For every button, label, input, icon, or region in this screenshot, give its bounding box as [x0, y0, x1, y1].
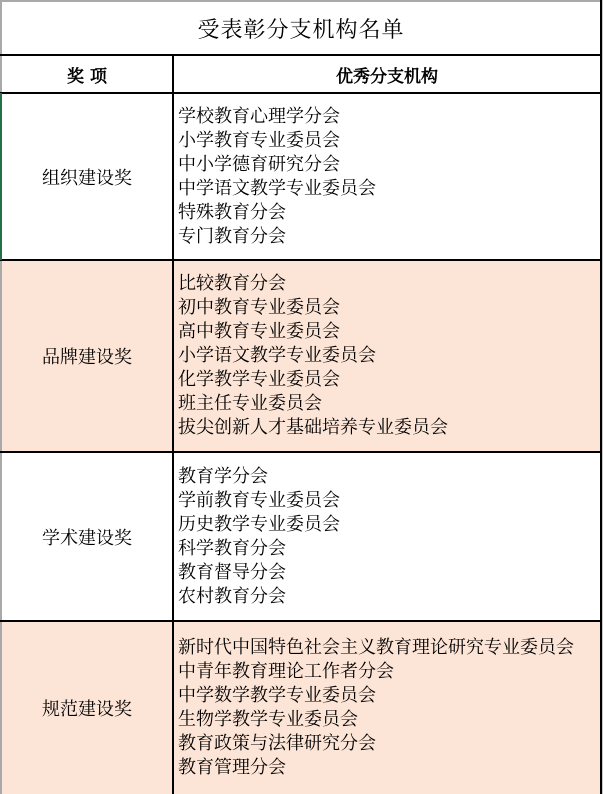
org-item: 中青年教育理论工作者分会 — [178, 660, 574, 684]
org-item: 比较教育分会 — [178, 272, 448, 296]
org-item: 专门教育分会 — [178, 225, 376, 249]
org-item: 新时代中国特色社会主义教育理论研究专业委员会 — [178, 636, 574, 660]
org-item: 教育督导分会 — [178, 561, 340, 585]
org-item: 教育政策与法律研究分会 — [178, 732, 574, 756]
award-cell[interactable]: 规范建设奖 — [2, 622, 172, 794]
org-item: 拔尖创新人才基础培养专业委员会 — [178, 416, 448, 440]
selection-edge — [0, 93, 2, 260]
orgs-cell[interactable]: 新时代中国特色社会主义教育理论研究专业委员会 中青年教育理论工作者分会 中学数学… — [178, 622, 574, 794]
org-item: 教育管理分会 — [178, 756, 574, 780]
orgs-cell[interactable]: 教育学分会 学前教育专业委员会 历史教学专业委员会 科学教育分会 教育督导分会 … — [178, 453, 340, 620]
award-cell[interactable]: 组织建设奖 — [2, 94, 172, 260]
org-item: 历史教学专业委员会 — [178, 513, 340, 537]
org-item: 科学教育分会 — [178, 537, 340, 561]
column-divider — [172, 54, 174, 794]
header-award[interactable]: 奖 项 — [2, 56, 172, 93]
org-item: 小学教育专业委员会 — [178, 129, 376, 153]
award-cell[interactable]: 学术建设奖 — [2, 453, 172, 620]
org-item: 学前教育专业委员会 — [178, 489, 340, 513]
org-item: 初中教育专业委员会 — [178, 296, 448, 320]
table-title[interactable]: 受表彰分支机构名单 — [2, 2, 600, 54]
org-item: 化学教学专业委员会 — [178, 368, 448, 392]
org-item: 生物学教学专业委员会 — [178, 708, 574, 732]
org-item: 中小学德育研究分会 — [178, 153, 376, 177]
org-item: 高中教育专业委员会 — [178, 320, 448, 344]
org-item: 学校教育心理学分会 — [178, 105, 376, 129]
org-item: 班主任专业委员会 — [178, 392, 448, 416]
org-item: 农村教育分会 — [178, 585, 340, 609]
org-item: 中学语文教学专业委员会 — [178, 177, 376, 201]
table-row: 规范建设奖 新时代中国特色社会主义教育理论研究专业委员会 中青年教育理论工作者分… — [2, 622, 600, 794]
header-orgs[interactable]: 优秀分支机构 — [174, 56, 600, 93]
orgs-cell[interactable]: 比较教育分会 初中教育专业委员会 高中教育专业委员会 小学语文教学专业委员会 化… — [178, 261, 448, 451]
org-item: 小学语文教学专业委员会 — [178, 344, 448, 368]
table-row: 学术建设奖 教育学分会 学前教育专业委员会 历史教学专业委员会 科学教育分会 教… — [2, 453, 600, 620]
org-item: 特殊教育分会 — [178, 201, 376, 225]
orgs-cell[interactable]: 学校教育心理学分会 小学教育专业委员会 中小学德育研究分会 中学语文教学专业委员… — [178, 94, 376, 260]
table-row: 品牌建设奖 比较教育分会 初中教育专业委员会 高中教育专业委员会 小学语文教学专… — [2, 261, 600, 451]
table-row: 组织建设奖 学校教育心理学分会 小学教育专业委员会 中小学德育研究分会 中学语文… — [2, 94, 600, 260]
award-cell[interactable]: 品牌建设奖 — [2, 261, 172, 451]
org-item: 中学数学教学专业委员会 — [178, 684, 574, 708]
org-item: 教育学分会 — [178, 465, 340, 489]
